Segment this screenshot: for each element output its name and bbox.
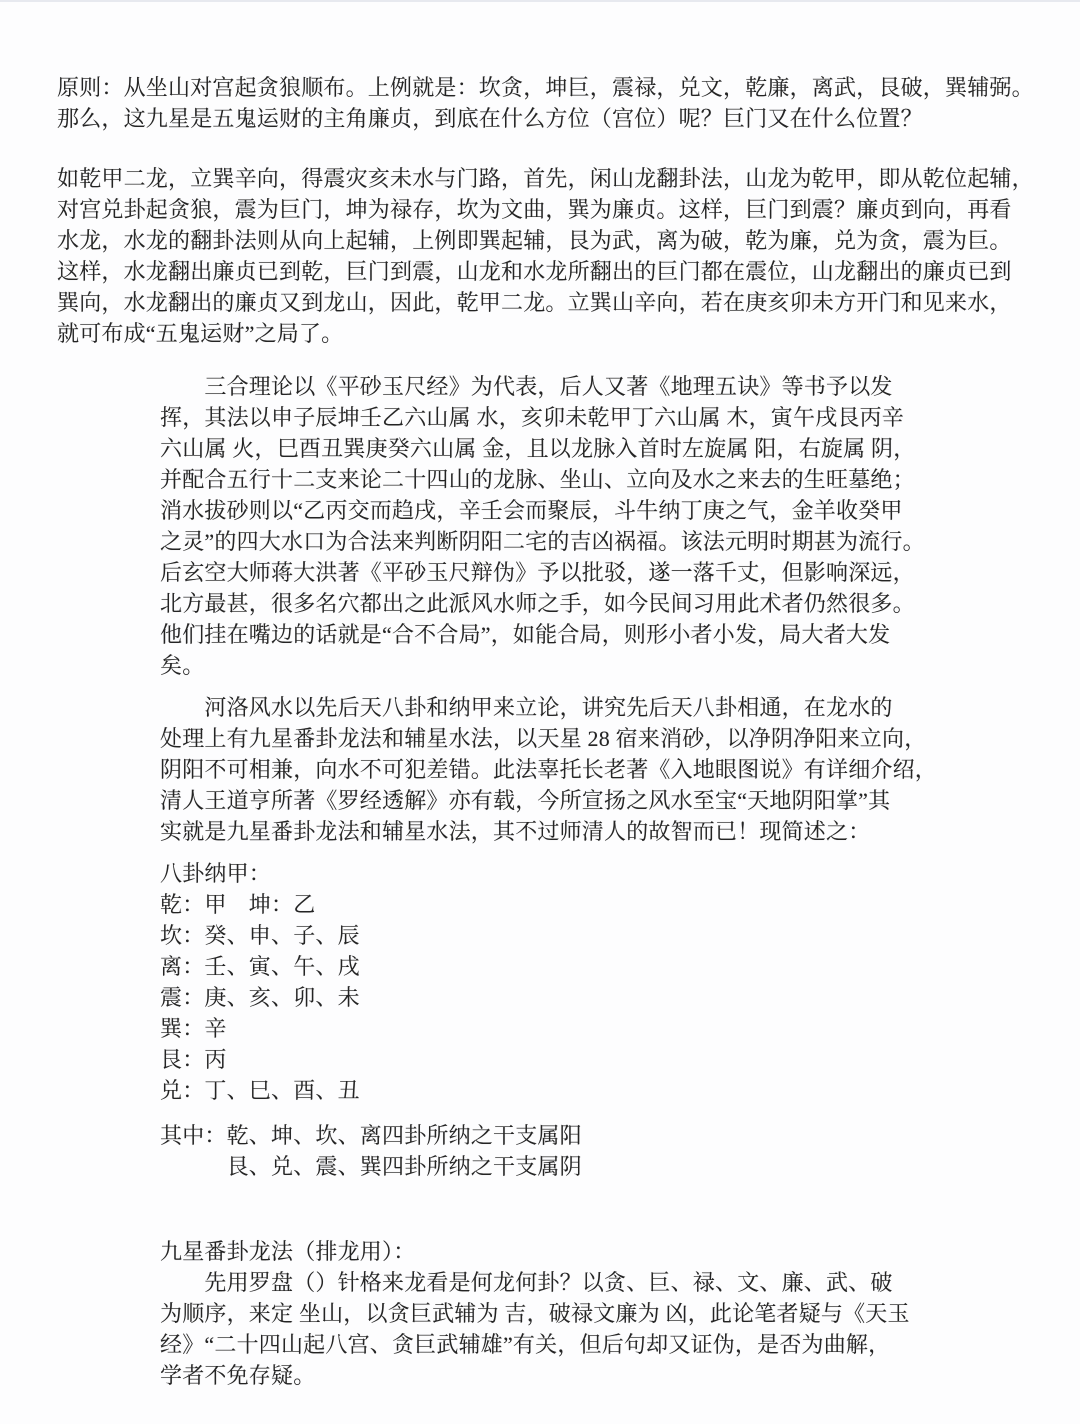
jiuxing-fangua-dragon-method-section: 九星番卦龙法（排龙用）： 先用罗盘（）针格来龙看是何龙何卦？以贪、巨、禄、文、廉…: [160, 1236, 910, 1391]
document-page: 原则：从坐山对宫起贪狼顺布。上例就是：坎贪，坤巨，震禄，兑文，乾廉，离武，艮破，…: [0, 0, 1080, 1424]
paragraph-heluo-fengshui: 河洛风水以先后天八卦和纳甲来立论，讲究先后天八卦相通，在龙水的 处理上有九星番卦…: [160, 692, 937, 847]
paragraph-qian-jia-dragons: 如乾甲二龙，立巽辛向，得震灾亥未水与门路，首先，闲山龙翻卦法，山龙为乾甲，即从乾…: [57, 163, 1034, 349]
paragraph-sanhe-theory: 三合理论以《平砂玉尺经》为代表，后人又著《地理五诀》等书予以发 挥，其法以申子辰…: [160, 371, 925, 681]
bagua-najia-list: 八卦纳甲： 乾：甲 坤：乙 坎：癸、申、子、辰 离：壬、寅、午、戌 震：庚、亥、…: [160, 858, 360, 1106]
paragraph-principle: 原则：从坐山对宫起贪狼顺布。上例就是：坎贪，坤巨，震禄，兑文，乾廉，离武，艮破，…: [57, 72, 1034, 134]
yin-yang-attribution-note: 其中：乾、坤、坎、离四卦所纳之干支属阳 艮、兑、震、巽四卦所纳之干支属阴: [160, 1120, 582, 1182]
